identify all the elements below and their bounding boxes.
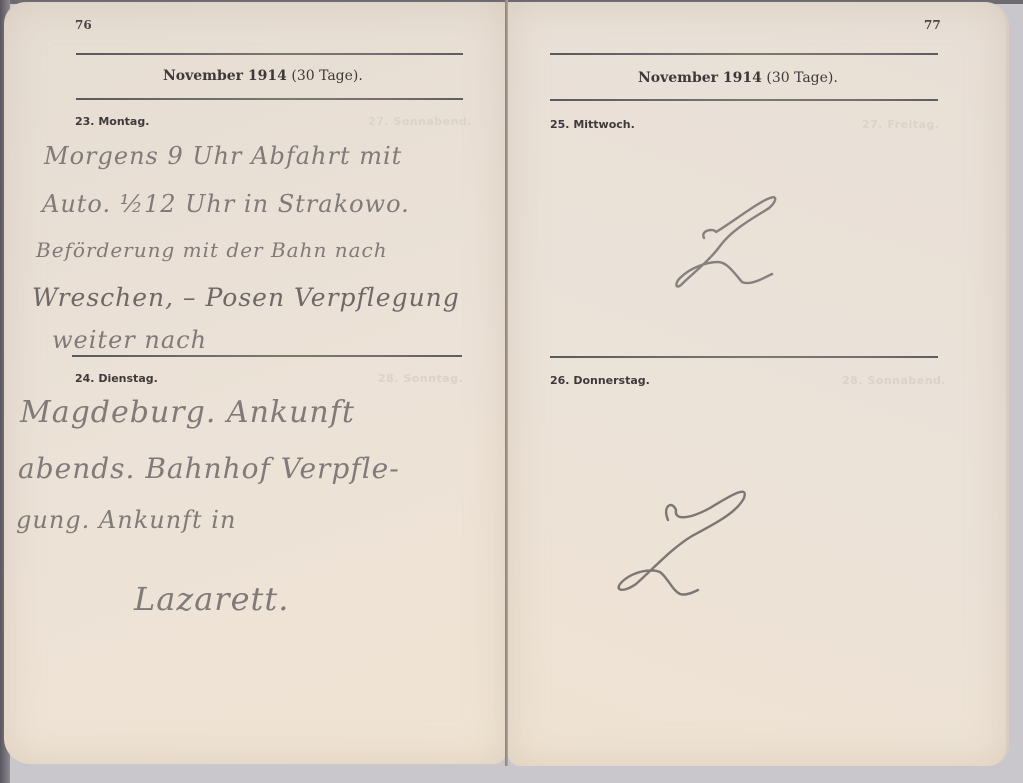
right-month-header: November 1914 (30 Tage). xyxy=(638,70,838,86)
handwriting-line: Beförderung mit der Bahn nach xyxy=(36,238,388,262)
day-label-23-montag: 23. Montag. xyxy=(75,115,149,128)
right-page-number: 77 xyxy=(924,18,941,32)
right-header-rule-top xyxy=(550,53,938,55)
left-day-divider xyxy=(72,355,462,357)
script-l-icon xyxy=(610,480,750,600)
handwriting-line: Morgens 9 Uhr Abfahrt mit xyxy=(44,142,402,170)
handwriting-line: Wreschen, – Posen Verpflegung xyxy=(32,283,460,312)
left-days-note: (30 Tage). xyxy=(291,68,362,84)
handwriting-line: abends. Bahnhof Verpfle- xyxy=(18,452,400,485)
left-header-rule-top xyxy=(76,53,463,55)
handwriting-line: weiter nach xyxy=(52,326,207,354)
show-through-label: 28. Sonnabend. xyxy=(842,374,946,387)
show-through-label: 27. Freitag. xyxy=(862,118,940,131)
right-days-note: (30 Tage). xyxy=(766,70,837,86)
right-header-rule-bottom xyxy=(550,99,938,101)
handwriting-line: Magdeburg. Ankunft xyxy=(20,395,355,430)
left-header-rule-bottom xyxy=(76,98,463,100)
day-label-25-mittwoch: 25. Mittwoch. xyxy=(550,118,635,131)
day-label-26-donnerstag: 26. Donnerstag. xyxy=(550,374,650,387)
left-page-number: 76 xyxy=(75,18,92,32)
handwriting-line: Auto. ½12 Uhr in Strakowo. xyxy=(42,190,410,218)
day-label-24-dienstag: 24. Dienstag. xyxy=(75,372,158,385)
handwriting-line: gung. Ankunft in xyxy=(16,506,236,534)
show-through-label: 28. Sonntag. xyxy=(378,372,463,385)
left-month-year: November 1914 xyxy=(163,68,287,84)
show-through-label: 27. Sonnabend. xyxy=(368,115,472,128)
script-l-icon xyxy=(670,190,790,290)
right-day-divider xyxy=(550,356,938,358)
handwriting-signature: Lazarett. xyxy=(134,580,289,618)
right-month-year: November 1914 xyxy=(638,70,762,86)
left-month-header: November 1914 (30 Tage). xyxy=(163,68,363,84)
